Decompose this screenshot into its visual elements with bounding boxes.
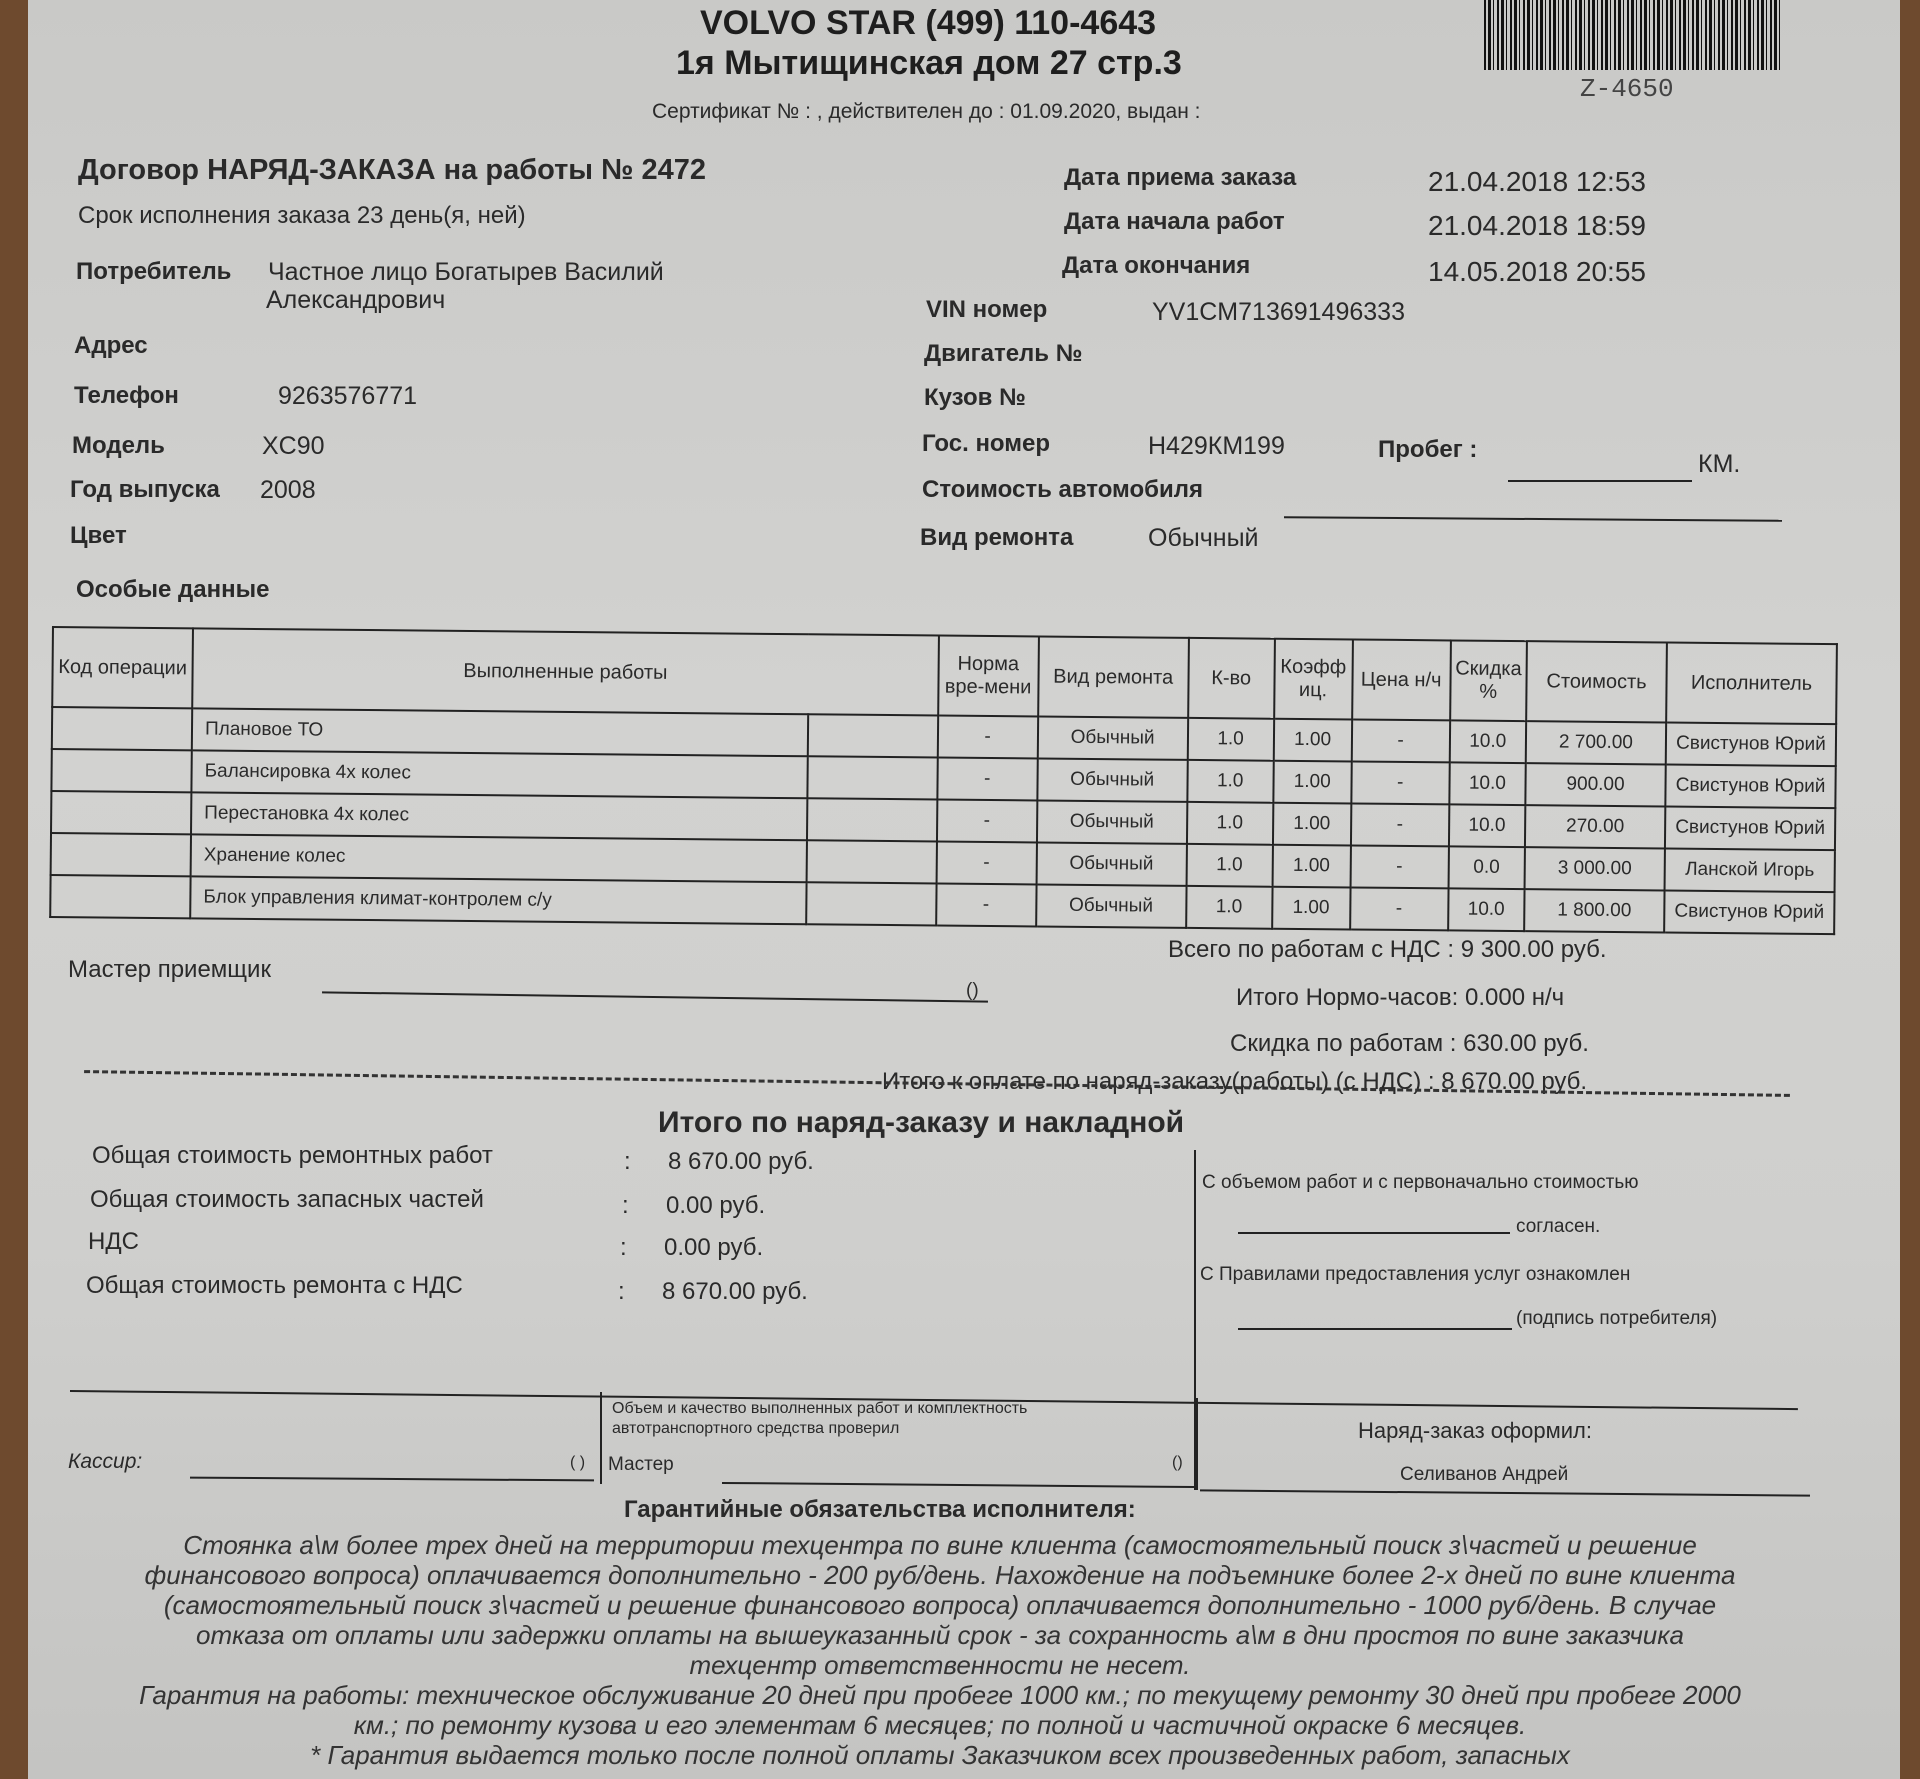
cell-qty: 1.0 (1187, 802, 1273, 845)
order-term: Срок исполнения заказа 23 день(я, ней) (78, 202, 526, 230)
plate-label: Гос. номер (922, 430, 1050, 458)
cell-code (51, 833, 191, 876)
cell-cost: 2 700.00 (1526, 721, 1666, 764)
check-text-line2: автотранспортного средства проверил (612, 1420, 899, 1438)
works-table: Код операции Выполненные работы Норма вр… (49, 626, 1838, 935)
address-label: Адрес (74, 332, 148, 360)
total-works-with-vat: Всего по работам с НДС : 9 300.00 руб. (1168, 936, 1607, 964)
cell-code (52, 707, 192, 750)
agree-signature-line (1238, 1232, 1510, 1234)
cell-executor: Ланской Игорь (1665, 848, 1835, 892)
cell-executor: Свистунов Юрий (1666, 722, 1836, 766)
summary-item-label: Общая стоимость ремонта с НДС (86, 1272, 463, 1300)
guarantee-line: * Гарантия выдается только после полной … (100, 1740, 1780, 1770)
engine-label: Двигатель № (924, 340, 1082, 368)
cell-discount: 0.0 (1448, 846, 1525, 889)
summary-item-sep: : (618, 1278, 625, 1306)
summary-item-label: Общая стоимость ремонтных работ (92, 1142, 493, 1170)
guarantee-line: (самостоятельный поиск з\частей и решени… (100, 1590, 1780, 1620)
col-type: Вид ремонта (1038, 636, 1189, 717)
cell-type: Обычный (1037, 800, 1187, 843)
company-address: 1я Мытищинская дом 27 стр.3 (676, 44, 1182, 83)
barcode-number: Z-4650 (1580, 74, 1674, 104)
consumer-label: Потребитель (76, 258, 231, 286)
summary-item-value: 8 670.00 руб. (668, 1148, 814, 1176)
company-line: VOLVO STAR (499) 110-4643 (700, 4, 1156, 43)
cell-cost: 270.00 (1525, 805, 1665, 848)
mileage-label: Пробег : (1378, 436, 1477, 464)
col-cost: Стоимость (1526, 641, 1667, 722)
total-discount: Скидка по работам : 630.00 руб. (1230, 1030, 1589, 1058)
cell-coef: 1.00 (1272, 845, 1350, 888)
rules-text: С Правилами предоставления услуг ознаком… (1200, 1264, 1630, 1286)
issued-name: Селиванов Андрей (1400, 1464, 1568, 1486)
master-paren: () (1172, 1454, 1183, 1472)
cell-qty: 1.0 (1186, 844, 1272, 887)
cell-price: - (1351, 761, 1449, 804)
cell-blank (806, 882, 936, 925)
cell-blank (807, 756, 937, 799)
body-label: Кузов № (924, 384, 1026, 412)
vin-label: VIN номер (926, 296, 1047, 324)
cell-price: - (1351, 803, 1449, 846)
order-title: Договор НАРЯД-ЗАКАЗА на работы № 2472 (78, 154, 706, 187)
rules-signature-line (1238, 1328, 1512, 1330)
cell-norm: - (936, 883, 1036, 926)
mileage-unit: КМ. (1698, 450, 1740, 479)
agree-suffix: согласен. (1516, 1216, 1600, 1238)
cell-norm: - (937, 800, 1037, 843)
repair-type-value: Обычный (1148, 524, 1259, 553)
summary-item-sep: : (624, 1148, 631, 1176)
signatures-divider-2 (1196, 1398, 1198, 1490)
summary-item-label: Общая стоимость запасных частей (90, 1186, 484, 1214)
car-cost-label: Стоимость автомобиля (922, 476, 1203, 504)
cell-executor: Свистунов Юрий (1665, 764, 1835, 808)
cell-price: - (1350, 887, 1448, 930)
mileage-line (1508, 480, 1692, 482)
color-label: Цвет (70, 522, 127, 550)
date-received-value: 21.04.2018 12:53 (1428, 166, 1646, 198)
summary-item-value: 8 670.00 руб. (662, 1278, 808, 1306)
cell-blank (807, 714, 937, 757)
special-data-label: Особые данные (76, 576, 269, 604)
guarantee-line: отказа от оплаты или задержки оплаты на … (100, 1620, 1780, 1650)
cell-norm: - (937, 716, 1037, 759)
col-norm: Норма вре-мени (938, 636, 1039, 717)
guarantee-text: Стоянка а\м более трех дней на территори… (100, 1530, 1780, 1770)
agree-text: С объемом работ и с первоначально стоимо… (1202, 1172, 1639, 1194)
consumer-value-line2: Александрович (266, 286, 445, 315)
col-code: Код операции (52, 627, 193, 708)
cell-coef: 1.00 (1273, 719, 1351, 762)
date-start-label: Дата начала работ (1064, 208, 1285, 236)
cell-discount: 10.0 (1448, 888, 1525, 931)
col-executor: Исполнитель (1666, 643, 1837, 725)
rules-suffix: (подпись потребителя) (1516, 1308, 1717, 1330)
cell-executor: Свистунов Юрий (1665, 806, 1835, 850)
date-end-value: 14.05.2018 20:55 (1428, 256, 1646, 288)
col-work: Выполненные работы (192, 628, 938, 715)
cell-blank (806, 840, 936, 883)
cell-discount: 10.0 (1449, 804, 1526, 847)
cell-code (51, 749, 191, 792)
cell-work: Блок управления климат-контролем с/у (190, 876, 806, 924)
guarantee-line: Гарантия на работы: техническое обслужив… (100, 1680, 1780, 1710)
cell-qty: 1.0 (1186, 886, 1272, 929)
check-text-line1: Объем и качество выполненных работ и ком… (612, 1400, 1027, 1418)
cashier-paren: ( ) (570, 1454, 585, 1472)
repair-type-label: Вид ремонта (920, 524, 1073, 552)
cashier-label: Кассир: (68, 1450, 142, 1474)
year-label: Год выпуска (70, 476, 220, 504)
signatures-divider-1 (600, 1392, 602, 1484)
cell-cost: 3 000.00 (1525, 847, 1665, 890)
model-value: XC90 (262, 432, 325, 461)
guarantee-line: км.; по ремонту кузова и его элементам 6… (100, 1710, 1780, 1740)
cell-code (51, 791, 191, 834)
cell-discount: 10.0 (1449, 720, 1526, 763)
guarantee-line: техцентр ответственности не несет. (100, 1650, 1780, 1680)
cell-work: Хранение колес (191, 834, 807, 882)
guarantee-title: Гарантийные обязательства исполнителя: (624, 1496, 1136, 1524)
summary-item-sep: : (620, 1234, 627, 1262)
guarantee-line: Стоянка а\м более трех дней на территори… (100, 1530, 1780, 1560)
cell-type: Обычный (1037, 716, 1187, 759)
cell-price: - (1351, 719, 1449, 762)
cell-coef: 1.00 (1273, 803, 1351, 846)
summary-item-label: НДС (88, 1228, 139, 1256)
year-value: 2008 (260, 476, 316, 505)
barcode-icon (1484, 0, 1780, 70)
vin-value: YV1CM713691496333 (1152, 298, 1405, 327)
cell-discount: 10.0 (1449, 762, 1526, 805)
cell-qty: 1.0 (1187, 718, 1273, 761)
date-received-label: Дата приема заказа (1064, 164, 1296, 192)
model-label: Модель (72, 432, 165, 460)
master-receiver-paren: () (966, 980, 979, 1002)
cell-type: Обычный (1037, 758, 1187, 801)
cell-qty: 1.0 (1187, 760, 1273, 803)
cell-type: Обычный (1036, 842, 1186, 885)
cell-code (50, 875, 190, 918)
cell-cost: 900.00 (1525, 763, 1665, 806)
cell-work: Плановое ТО (192, 708, 808, 756)
phone-label: Телефон (74, 382, 179, 410)
cell-work: Перестановка 4х колес (191, 792, 807, 840)
certificate-line: Сертификат № : , действителен до : 01.09… (652, 100, 1201, 124)
col-coef: Коэфф иц. (1274, 639, 1353, 720)
col-price: Цена н/ч (1352, 639, 1451, 720)
cell-coef: 1.00 (1273, 761, 1351, 804)
phone-value: 9263576771 (278, 382, 417, 411)
cell-blank (807, 798, 937, 841)
date-end-label: Дата окончания (1062, 252, 1250, 280)
summary-item-value: 0.00 руб. (664, 1234, 763, 1262)
issued-label: Наряд-заказ оформил: (1358, 1418, 1592, 1444)
date-start-value: 21.04.2018 18:59 (1428, 210, 1646, 242)
cell-type: Обычный (1036, 884, 1186, 927)
cell-price: - (1350, 845, 1448, 888)
master-receiver-label: Мастер приемщик (68, 956, 271, 984)
col-discount: Скидка % (1450, 640, 1527, 721)
total-norm-hours: Итого Нормо-часов: 0.000 н/ч (1236, 984, 1564, 1012)
plate-value: Н429КМ199 (1148, 432, 1285, 461)
consumer-value-line1: Частное лицо Богатырев Василий (268, 258, 664, 287)
col-qty: К-во (1188, 638, 1275, 719)
cell-coef: 1.00 (1272, 887, 1350, 930)
cell-executor: Свистунов Юрий (1664, 890, 1834, 934)
master-label: Мастер (608, 1454, 674, 1476)
summary-item-sep: : (622, 1192, 629, 1220)
cell-work: Балансировка 4х колес (191, 750, 807, 798)
cell-cost: 1 800.00 (1524, 889, 1664, 932)
summary-title: Итого по наряд-заказу и накладной (658, 1106, 1184, 1140)
cell-norm: - (937, 758, 1037, 801)
guarantee-line: финансового вопроса) оплачивается дополн… (100, 1560, 1780, 1590)
summary-item-value: 0.00 руб. (666, 1192, 765, 1220)
cell-norm: - (936, 842, 1036, 885)
